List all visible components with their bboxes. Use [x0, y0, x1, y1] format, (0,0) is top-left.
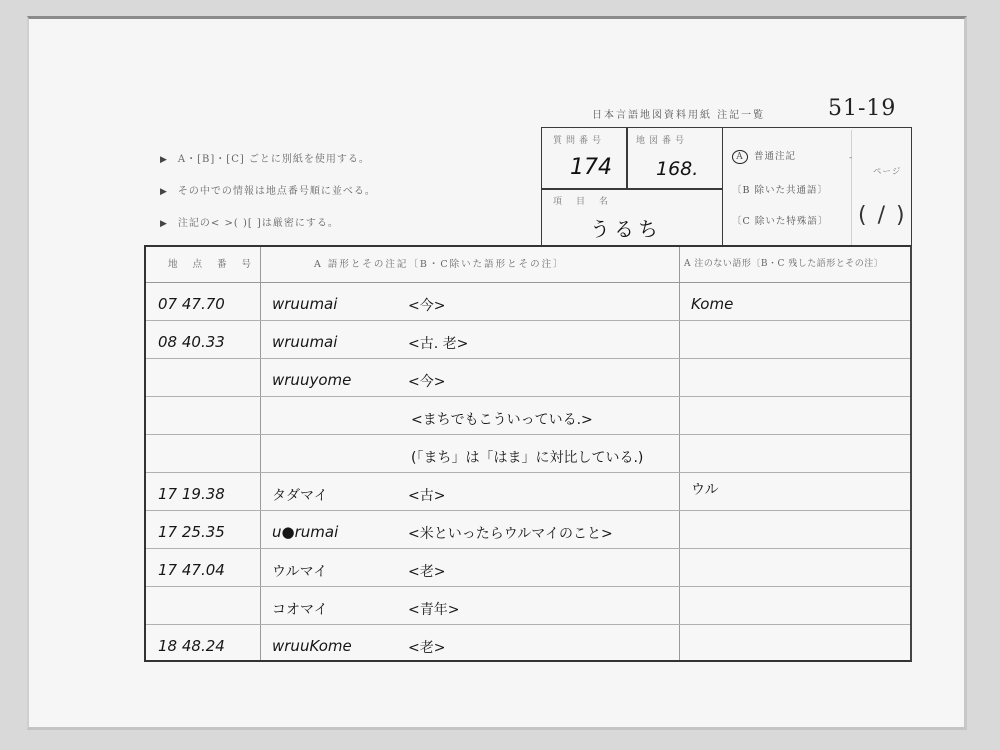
row-divider	[146, 586, 910, 587]
column-divider	[260, 247, 261, 660]
word-form: wruumai	[272, 333, 337, 351]
triangle-bullet-icon: ▶	[160, 219, 168, 229]
question-number: 174	[570, 155, 612, 180]
triangle-bullet-icon: ▶	[160, 155, 168, 165]
row-divider	[146, 510, 910, 511]
map-number: 168.	[656, 158, 698, 180]
page-label: ページ	[873, 165, 901, 177]
point-number: 07 47.70	[158, 295, 225, 313]
divider	[851, 130, 852, 245]
row-divider	[146, 396, 910, 397]
instruction-2: ▶その中での情報は地点番号順に並べる。	[160, 182, 376, 197]
annotation: <青年>	[408, 599, 459, 619]
row-divider	[146, 358, 910, 359]
annotation: <今>	[408, 371, 445, 391]
form-title: 日本言語地図資料用紙 注記一覧	[592, 106, 765, 121]
column-header-annotated: A 語形とその注記〔B・C除いた語形とその注〕	[314, 256, 565, 270]
plain-form: Kome	[691, 295, 733, 313]
annotation: <老>	[408, 561, 445, 581]
row-divider	[146, 548, 910, 549]
category-b[interactable]: 〔B 除いた共通語〕	[732, 182, 828, 196]
instruction-1: ▶A・[B]・[C] ごとに別紙を使用する。	[160, 150, 370, 165]
annotation: <まちでもこういっている.>	[411, 409, 593, 429]
word-form: ウルマイ	[272, 561, 327, 581]
annotation: <今>	[408, 295, 445, 315]
divider	[541, 188, 723, 190]
word-form: wruumai	[272, 295, 337, 313]
map-number-label: 地図番号	[636, 133, 688, 146]
header-divider	[146, 282, 910, 283]
word-form: wruuKome	[272, 637, 352, 655]
point-number: 08 40.33	[158, 333, 225, 351]
row-divider	[146, 320, 910, 321]
annotation: <米といったらウルマイのこと>	[408, 523, 613, 543]
word-form: u●rumai	[272, 523, 338, 541]
page-value: ( / )	[858, 203, 907, 228]
point-number: 18 48.24	[158, 637, 225, 655]
instruction-3: ▶注記の< >( )[ ]は厳密にする。	[160, 214, 339, 229]
plain-form: ウル	[691, 479, 719, 499]
point-number: 17 19.38	[158, 485, 225, 503]
annotation-table: 地 点 番 号 A 語形とその注記〔B・C除いた語形とその注〕 A 注のない語形…	[144, 245, 912, 662]
point-number: 17 25.35	[158, 523, 225, 541]
column-header-point: 地 点 番 号	[168, 256, 257, 270]
sheet-number: 51-19	[828, 96, 896, 121]
row-divider	[146, 434, 910, 435]
annotation: <老>	[408, 637, 445, 657]
triangle-bullet-icon: ▶	[160, 187, 168, 197]
word-form: wruuyome	[272, 371, 351, 389]
item-name-label: 項目名	[553, 194, 622, 207]
question-number-label: 質問番号	[553, 133, 605, 146]
annotation: (「まち」は「はま」に対比している.)	[411, 447, 643, 467]
item-name: うるち	[590, 213, 662, 242]
point-number: 17 47.04	[158, 561, 225, 579]
row-divider	[146, 472, 910, 473]
word-form: タダマイ	[272, 485, 328, 505]
word-form: コオマイ	[272, 599, 328, 619]
category-a[interactable]: A普通注記	[732, 148, 796, 164]
dash-mark: -	[849, 153, 852, 163]
column-header-plain: A 注のない語形〔B・C 残した語形とその注〕	[684, 256, 883, 269]
column-divider	[679, 247, 680, 660]
divider	[626, 127, 628, 189]
annotation: <古>	[408, 485, 445, 505]
circled-selection-icon: A	[732, 150, 748, 164]
category-c[interactable]: 〔C 除いた特殊語〕	[732, 213, 828, 227]
row-divider	[146, 624, 910, 625]
annotation: <古. 老>	[408, 333, 468, 353]
